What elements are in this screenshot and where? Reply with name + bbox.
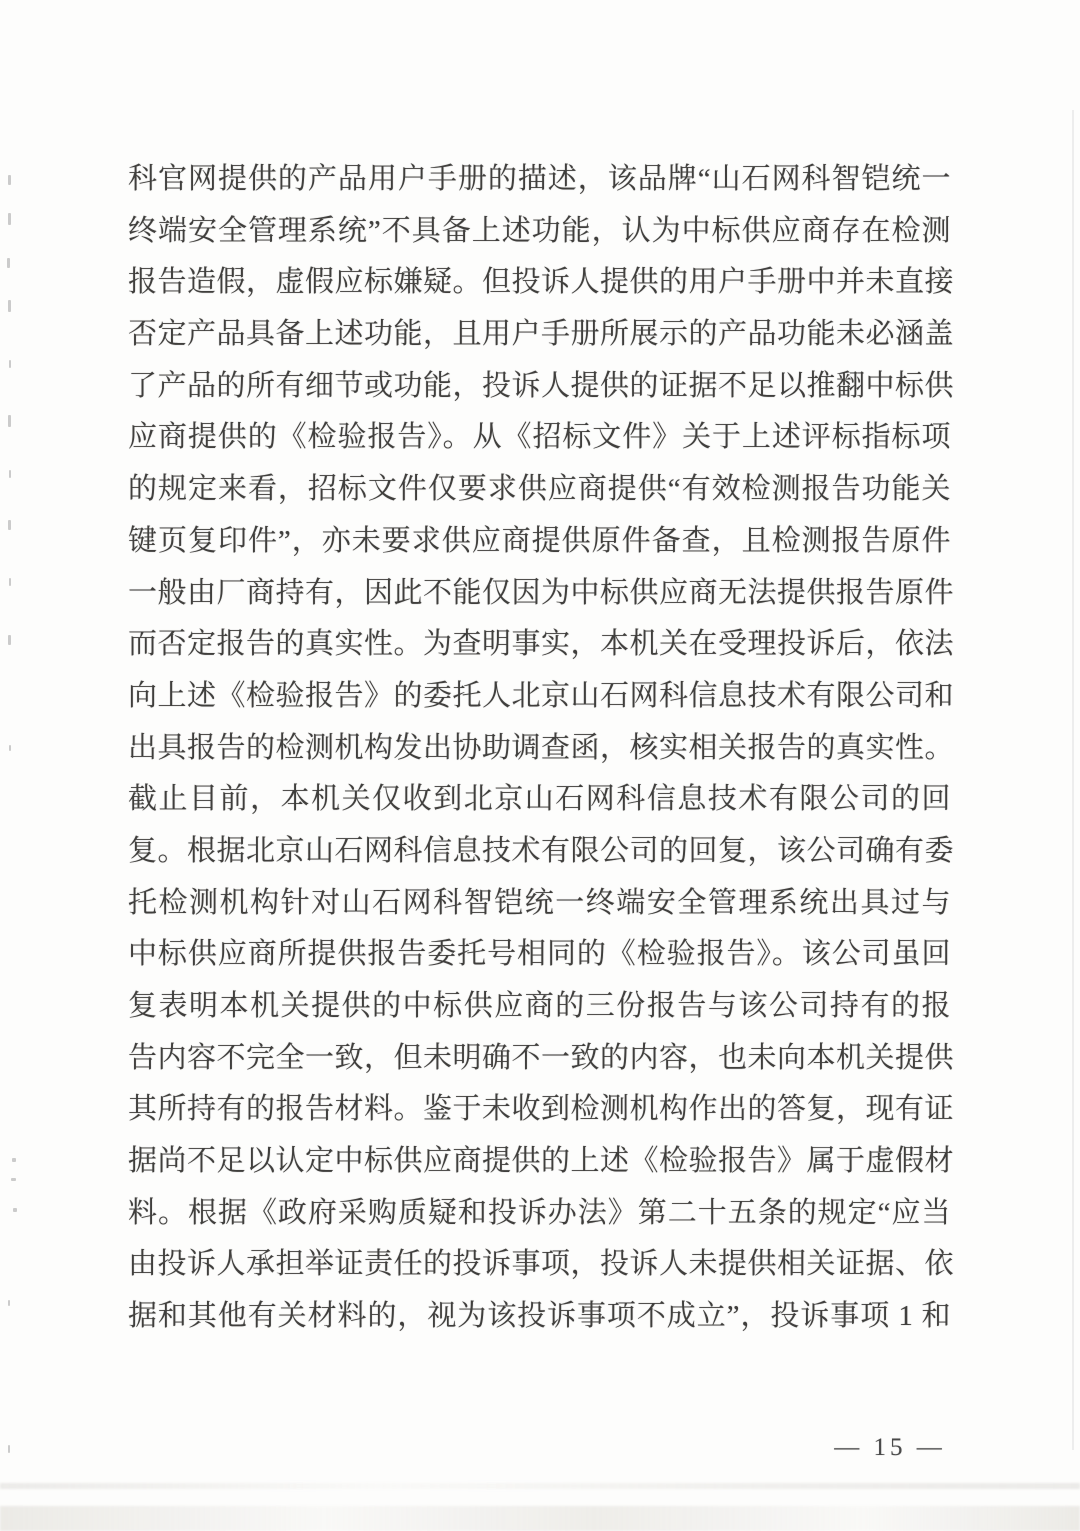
text-line: 中标供应商所提供报告委托号相同的《检验报告》。该公司虽回 (128, 929, 951, 981)
scan-artifact (9, 470, 11, 478)
text-line: 由投诉人承担举证责任的投诉事项，投诉人未提供相关证据、依 (128, 1239, 951, 1291)
text-line: 键页复印件”，亦未要求供应商提供原件备查，且检测报告原件 (128, 516, 951, 568)
text-line: 一般由厂商持有，因此不能仅因为中标供应商无法提供报告原件 (128, 568, 951, 620)
document-page: 科官网提供的产品用户手册的描述，该品牌“山石网科智铠统一 终端安全管理系统”不具… (0, 0, 1080, 1531)
scan-streak (0, 1506, 1080, 1531)
text-line: 而否定报告的真实性。为查明事实，本机关在受理投诉后，依法 (128, 619, 951, 671)
text-line: 科官网提供的产品用户手册的描述，该品牌“山石网科智铠统一 (128, 154, 951, 206)
text-line: 了产品的所有细节或功能，投诉人提供的证据不足以推翻中标供 (128, 361, 951, 413)
page-edge-shadow (1072, 110, 1074, 1450)
scan-streak (0, 1483, 1080, 1489)
text-line: 终端安全管理系统”不具备上述功能，认为中标供应商存在检测 (128, 206, 951, 258)
text-line: 否定产品具备上述功能，且用户手册所展示的产品功能未必涵盖 (128, 309, 951, 361)
page-number: — 15 — (800, 1432, 980, 1464)
body-text: 科官网提供的产品用户手册的描述，该品牌“山石网科智铠统一 终端安全管理系统”不具… (128, 154, 951, 1343)
text-line: 报告造假，虚假应标嫌疑。但投诉人提供的用户手册中并未直接 (128, 257, 951, 309)
scan-artifact (12, 1158, 16, 1162)
text-line: 截止目前，本机关仅收到北京山石网科信息技术有限公司的回 (128, 774, 951, 826)
scan-artifact (8, 415, 11, 427)
text-line: 出具报告的检测机构发出协助调查函，核实相关报告的真实性。 (128, 723, 951, 775)
text-line: 其所持有的报告材料。鉴于未收到检测机构作出的答复，现有证 (128, 1084, 951, 1136)
scan-artifact (13, 1208, 17, 1212)
scan-artifact (7, 258, 10, 268)
scan-artifact (8, 300, 11, 312)
scan-artifact (9, 360, 11, 368)
text-line: 告内容不完全一致，但未明确不一致的内容，也未向本机关提供 (128, 1033, 951, 1085)
text-line: 应商提供的《检验报告》。从《招标文件》关于上述评标指标项 (128, 412, 951, 464)
scan-artifact (11, 1178, 16, 1181)
text-line: 据和其他有关材料的，视为该投诉事项不成立”，投诉事项 1 和 (128, 1291, 951, 1343)
text-line: 据尚不足以认定中标供应商提供的上述《检验报告》属于虚假材 (128, 1136, 951, 1188)
scan-artifact (8, 1445, 10, 1453)
text-line: 向上述《检验报告》的委托人北京山石网科信息技术有限公司和 (128, 671, 951, 723)
scan-artifact (8, 520, 11, 530)
scan-artifact (8, 635, 11, 645)
scan-artifact (9, 745, 11, 751)
text-line: 复表明本机关提供的中标供应商的三份报告与该公司持有的报 (128, 981, 951, 1033)
scan-artifact (8, 213, 11, 225)
text-line: 托检测机构针对山石网科智铠统一终端安全管理系统出具过与 (128, 878, 951, 930)
text-line: 复。根据北京山石网科信息技术有限公司的回复，该公司确有委 (128, 826, 951, 878)
scan-artifact (8, 1300, 10, 1306)
scan-artifact (8, 175, 11, 185)
text-line: 的规定来看，招标文件仅要求供应商提供“有效检测报告功能关 (128, 464, 951, 516)
text-line: 料。根据《政府采购质疑和投诉办法》第二十五条的规定“应当 (128, 1188, 951, 1240)
scan-artifact (9, 578, 11, 586)
